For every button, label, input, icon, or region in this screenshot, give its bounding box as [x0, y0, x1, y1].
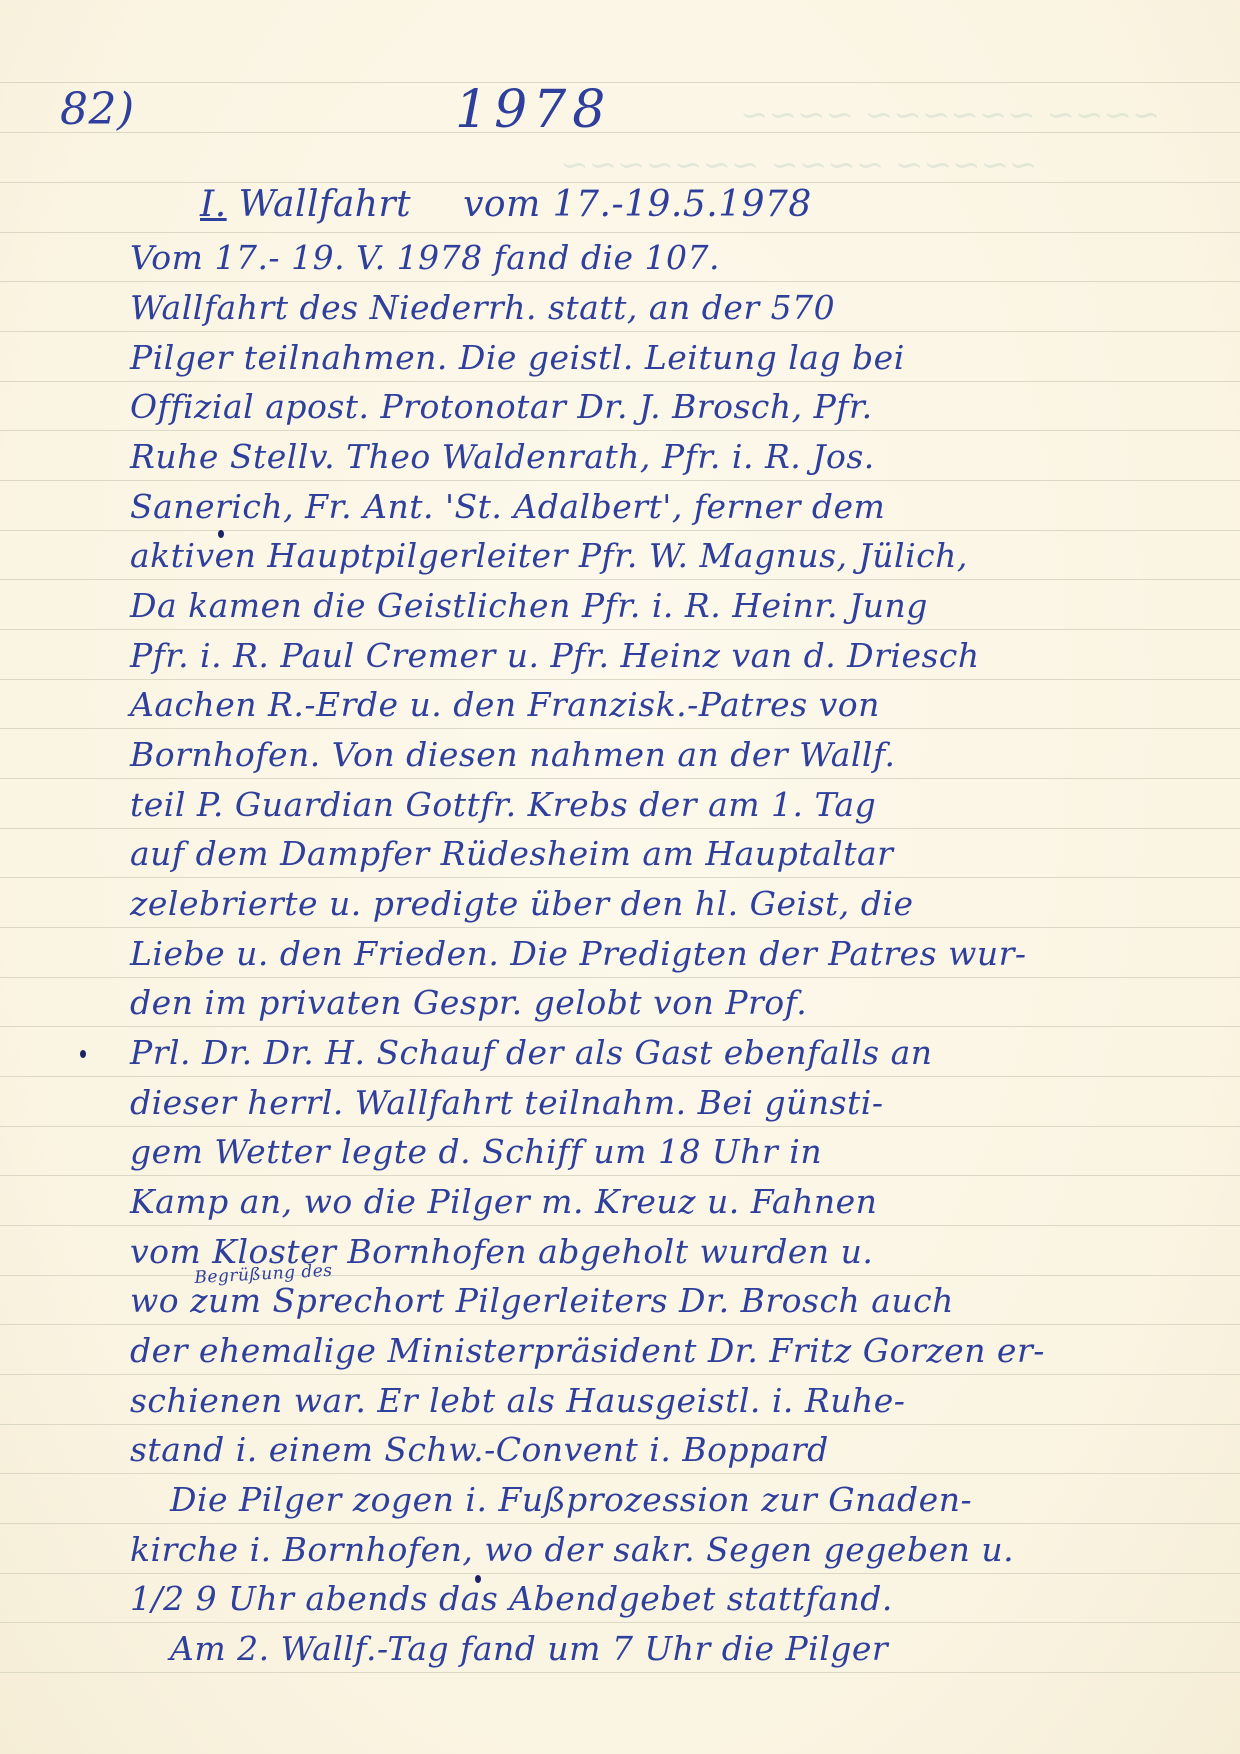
text-line: Aachen R.-Erde u. den Franzisk.-Patres v…	[130, 685, 880, 725]
ruled-line	[0, 530, 1240, 531]
ruled-line	[0, 679, 1240, 680]
heading-title: Wallfahrt	[239, 184, 412, 225]
bleed-through-text: ~~~~ ~~~~~~ ~~~~	[740, 95, 1160, 135]
ruled-line	[0, 1076, 1240, 1077]
ruled-line	[0, 877, 1240, 878]
text-line: Vom 17.- 19. V. 1978 fand die 107.	[130, 238, 720, 278]
entry-number: 82)	[60, 84, 135, 135]
ruled-line	[0, 1175, 1240, 1176]
text-line: Da kamen die Geistlichen Pfr. i. R. Hein…	[130, 586, 928, 626]
text-line: Wallfahrt des Niederrh. statt, an der 57…	[130, 288, 835, 328]
ruled-line	[0, 629, 1240, 630]
text-line: aktiven Hauptpilgerleiter Pfr. W. Magnus…	[130, 536, 968, 576]
ruled-line	[0, 1275, 1240, 1276]
ruled-line	[0, 1473, 1240, 1474]
ruled-line	[0, 480, 1240, 481]
ruled-line	[0, 1374, 1240, 1375]
ruled-line	[0, 281, 1240, 282]
ruled-line	[0, 1026, 1240, 1027]
text-line: der ehemalige Ministerpräsident Dr. Frit…	[130, 1331, 1045, 1371]
ink-blot	[218, 530, 224, 538]
ruled-line	[0, 1573, 1240, 1574]
text-line: Pfr. i. R. Paul Cremer u. Pfr. Heinz van…	[130, 636, 980, 676]
ruled-line	[0, 232, 1240, 233]
ink-blot	[80, 1050, 86, 1058]
text-line: stand i. einem Schw.-Convent i. Boppard	[130, 1430, 829, 1470]
heading-date: vom 17.-19.5.1978	[463, 184, 812, 225]
bleed-through-text: ~~~~~ ~~~~ ~~~~~~~	[560, 145, 1037, 185]
text-line: zelebrierte u. predigte über den hl. Gei…	[130, 884, 913, 924]
text-line: Kamp an, wo die Pilger m. Kreuz u. Fahne…	[130, 1182, 877, 1222]
ruled-line	[0, 927, 1240, 928]
text-line: dieser herrl. Wallfahrt teilnahm. Bei gü…	[130, 1083, 884, 1123]
text-line: 1/2 9 Uhr abends das Abendgebet stattfan…	[130, 1579, 893, 1619]
ruled-line	[0, 430, 1240, 431]
ruled-line	[0, 381, 1240, 382]
ruled-line	[0, 82, 1240, 83]
text-line: auf dem Dampfer Rüdesheim am Hauptaltar	[130, 834, 893, 874]
ruled-line	[0, 579, 1240, 580]
ruled-line	[0, 1622, 1240, 1623]
text-line: Pilger teilnahmen. Die geistl. Leitung l…	[130, 338, 905, 378]
ruled-line	[0, 331, 1240, 332]
text-line: Liebe u. den Frieden. Die Predigten der …	[130, 934, 1027, 974]
ruled-line	[0, 1225, 1240, 1226]
heading-ordinal: I.	[200, 184, 227, 225]
ruled-line	[0, 1424, 1240, 1425]
section-heading: I. Wallfahrt vom 17.-19.5.1978	[200, 184, 812, 225]
text-line: wo zum Sprechort Pilgerleiters Dr. Brosc…	[130, 1281, 954, 1321]
text-line: Offizial apost. Protonotar Dr. J. Brosch…	[130, 387, 873, 427]
ink-blot	[475, 1575, 481, 1583]
text-line: Sanerich, Fr. Ant. 'St. Adalbert', ferne…	[130, 487, 885, 527]
text-line: Die Pilger zogen i. Fußprozession zur Gn…	[170, 1480, 972, 1520]
ruled-line	[0, 1523, 1240, 1524]
text-line: den im privaten Gespr. gelobt von Prof.	[130, 983, 807, 1023]
ruled-line	[0, 728, 1240, 729]
text-line: Ruhe Stellv. Theo Waldenrath, Pfr. i. R.…	[130, 437, 875, 477]
ruled-line	[0, 132, 1240, 133]
text-line: Am 2. Wallf.-Tag fand um 7 Uhr die Pilge…	[170, 1629, 888, 1669]
notebook-page: ~~~~ ~~~~~~ ~~~~ ~~~~~ ~~~~ ~~~~~~~ 82) …	[0, 0, 1240, 1754]
ruled-line	[0, 182, 1240, 183]
text-line: Prl. Dr. Dr. H. Schauf der als Gast eben…	[130, 1033, 933, 1073]
text-line: teil P. Guardian Gottfr. Krebs der am 1.…	[130, 785, 876, 825]
ruled-line	[0, 828, 1240, 829]
ruled-line	[0, 1672, 1240, 1673]
text-line: kirche i. Bornhofen, wo der sakr. Segen …	[130, 1530, 1014, 1570]
ruled-line	[0, 778, 1240, 779]
text-line: schienen war. Er lebt als Hausgeistl. i.…	[130, 1381, 905, 1421]
entry-year: 1978	[455, 80, 611, 140]
text-line: Bornhofen. Von diesen nahmen an der Wall…	[130, 735, 896, 775]
ruled-line	[0, 1126, 1240, 1127]
ruled-line	[0, 1324, 1240, 1325]
text-line: gem Wetter legte d. Schiff um 18 Uhr in	[130, 1132, 822, 1172]
ruled-line	[0, 977, 1240, 978]
